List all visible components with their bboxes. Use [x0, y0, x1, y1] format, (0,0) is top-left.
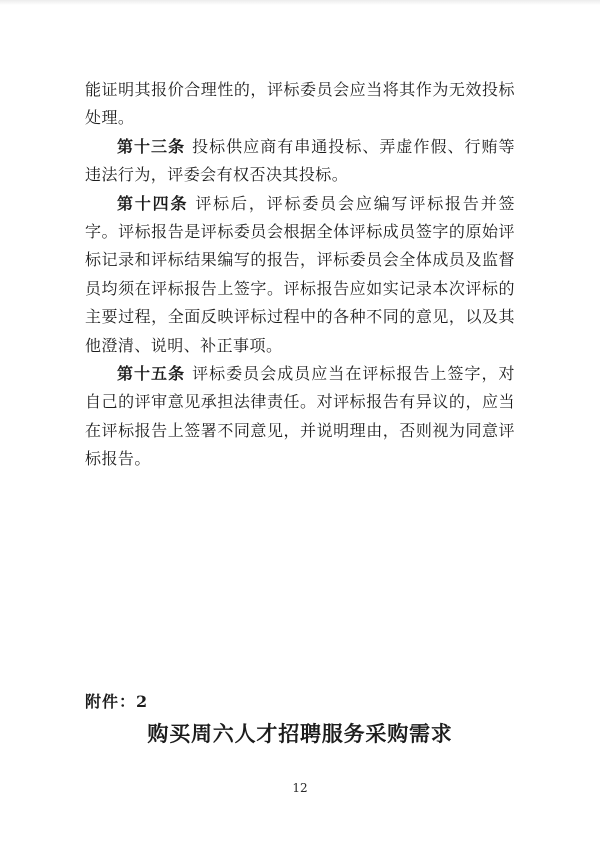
article-15-label: 第十五条: [117, 364, 185, 383]
attachment-section: 附件：2 购买周六人才招聘服务采购需求: [85, 688, 515, 749]
document-body: 能证明其报价合理性的，评标委员会应当将其作为无效投标处理。 第十三条投标供应商有…: [85, 76, 515, 474]
document-page: 能证明其报价合理性的，评标委员会应当将其作为无效投标处理。 第十三条投标供应商有…: [0, 0, 600, 848]
article-14: 第十四条评标后，评标委员会应编写评标报告并签字。评标报告是评标委员会根据全体评标…: [85, 190, 515, 360]
attachment-title: 购买周六人才招聘服务采购需求: [85, 719, 515, 749]
page-top-edge: [0, 0, 600, 5]
article-14-text: 评标后，评标委员会应编写评标报告并签字。评标报告是评标委员会根据全体评标成员签字…: [85, 194, 515, 355]
article-13: 第十三条投标供应商有串通投标、弄虚作假、行贿等违法行为，评委会有权否决其投标。: [85, 133, 515, 190]
article-15: 第十五条评标委员会成员应当在评标报告上签字，对自己的评审意见承担法律责任。对评标…: [85, 360, 515, 474]
attachment-label: 附件：2: [85, 688, 515, 716]
article-14-label: 第十四条: [117, 194, 188, 213]
page-number: 12: [0, 781, 600, 795]
paragraph-continuation: 能证明其报价合理性的，评标委员会应当将其作为无效投标处理。: [85, 76, 515, 133]
article-13-label: 第十三条: [117, 137, 185, 156]
